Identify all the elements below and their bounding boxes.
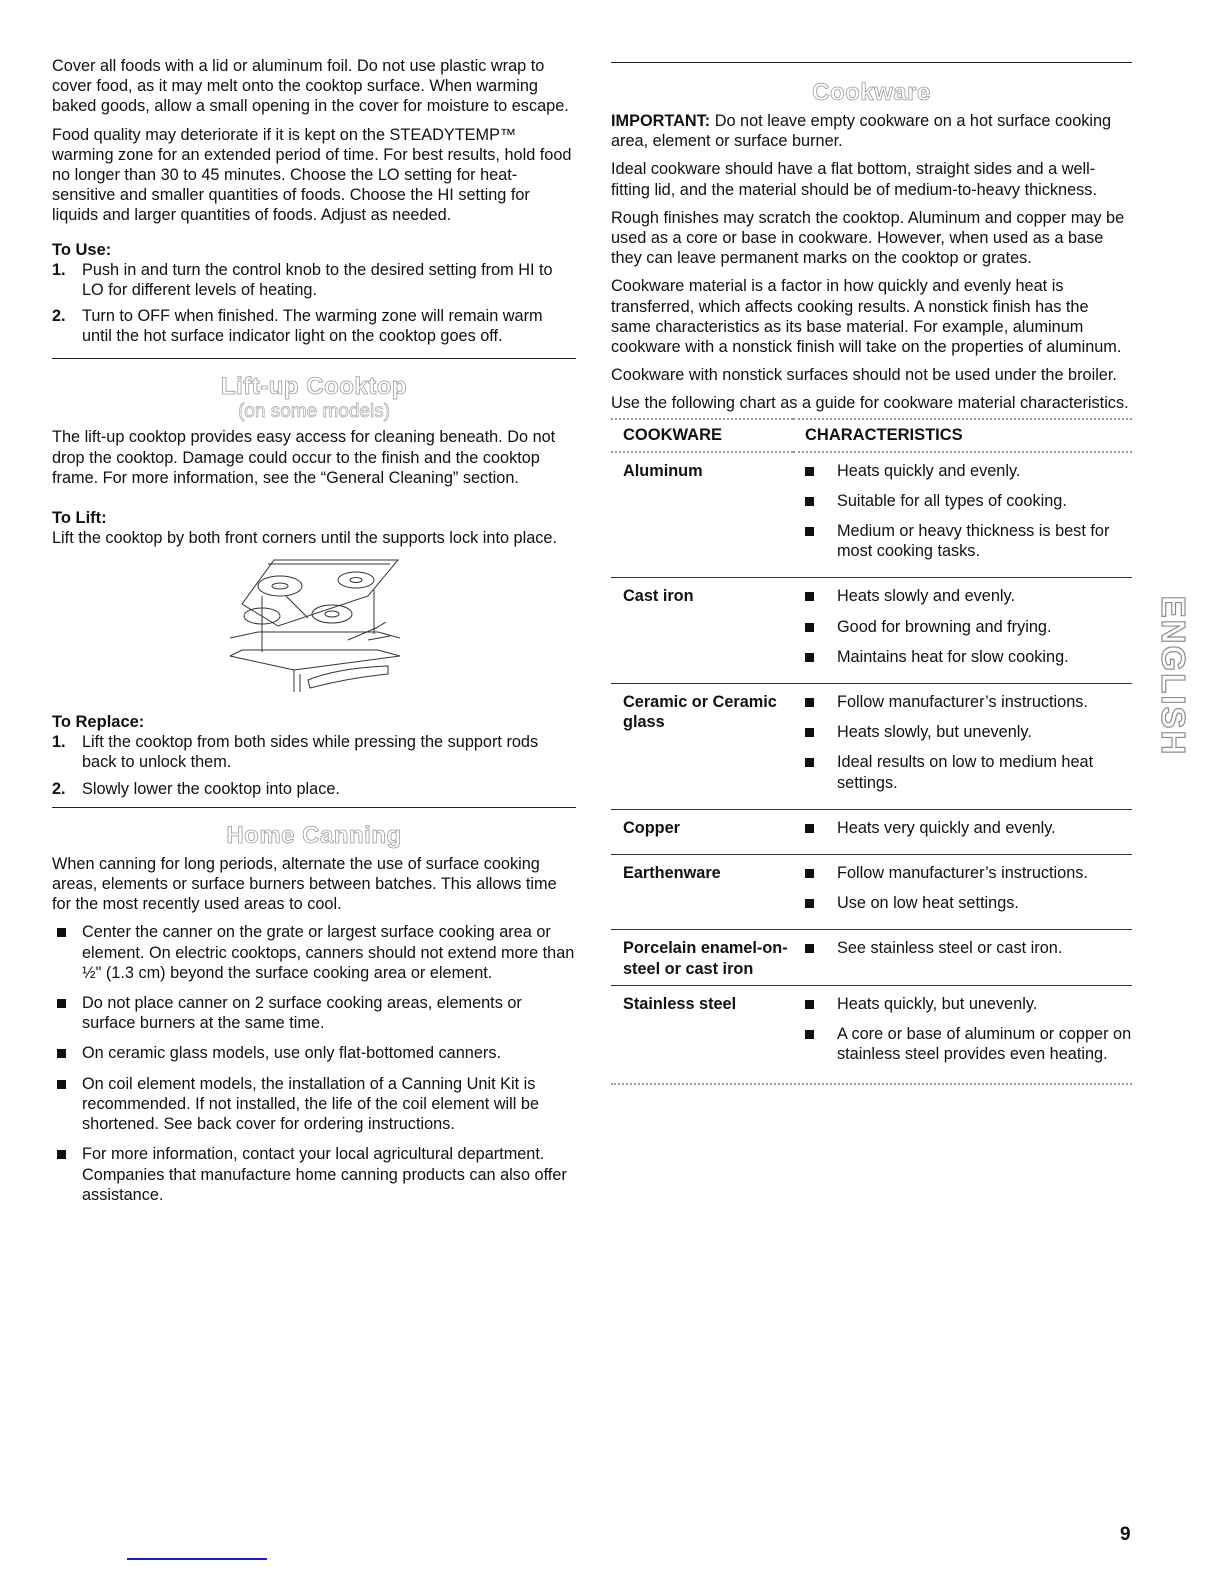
bullet-text: On ceramic glass models, use only flat-b…: [82, 1044, 501, 1062]
footer-accent-line: [127, 1558, 267, 1560]
characteristic-text: Heats very quickly and evenly.: [837, 819, 1056, 837]
square-bullet-icon: [805, 653, 814, 662]
bullet-text: Do not place canner on 2 surface cooking…: [82, 994, 522, 1032]
square-bullet-icon: [805, 824, 814, 833]
cookware-title: Cookware: [611, 79, 1132, 107]
table-row: AluminumHeats quickly and evenly.Suitabl…: [611, 452, 1132, 578]
square-bullet-icon: [805, 758, 814, 767]
square-bullet-icon: [57, 1049, 66, 1058]
list-item: Do not place canner on 2 surface cooking…: [52, 993, 576, 1033]
characteristic-text: Heats slowly and evenly.: [837, 587, 1015, 605]
list-item: A core or base of aluminum or copper on …: [805, 1024, 1132, 1064]
square-bullet-icon: [805, 1000, 814, 1009]
step-number: 2.: [52, 306, 66, 326]
characteristic-text: Medium or heavy thickness is best for mo…: [837, 522, 1109, 560]
cookware-characteristics: Heats very quickly and evenly.: [793, 809, 1132, 854]
cookware-paragraph: Rough finishes may scratch the cooktop. …: [611, 208, 1132, 269]
right-column: Cookware IMPORTANT: Do not leave empty c…: [611, 62, 1132, 1085]
page-number: 9: [1120, 1524, 1131, 1546]
to-replace-heading: To Replace:: [52, 712, 576, 732]
square-bullet-icon: [805, 869, 814, 878]
home-canning-bullets: Center the canner on the grate or larges…: [52, 922, 576, 1204]
list-item: Medium or heavy thickness is best for mo…: [805, 521, 1132, 561]
to-use-steps: 1.Push in and turn the control knob to t…: [52, 260, 576, 347]
list-item: 1.Push in and turn the control knob to t…: [52, 260, 576, 300]
step-text: Slowly lower the cooktop into place.: [82, 780, 340, 798]
square-bullet-icon: [805, 467, 814, 476]
cookware-paragraph: Ideal cookware should have a flat bottom…: [611, 159, 1132, 199]
cookware-material: Ceramic or Ceramic glass: [611, 684, 793, 810]
list-item: 1.Lift the cooktop from both sides while…: [52, 732, 576, 772]
characteristic-text: Heats quickly and evenly.: [837, 462, 1020, 480]
list-item: Center the canner on the grate or larges…: [52, 922, 576, 983]
cookware-material: Copper: [611, 809, 793, 854]
to-lift-text: Lift the cooktop by both front corners u…: [52, 528, 576, 548]
cookware-material: Cast iron: [611, 578, 793, 684]
list-item: Heats very quickly and evenly.: [805, 818, 1132, 838]
square-bullet-icon: [805, 899, 814, 908]
characteristic-text: Suitable for all types of cooking.: [837, 492, 1067, 510]
list-item: Follow manufacturer’s instructions.: [805, 863, 1132, 883]
list-item: Maintains heat for slow cooking.: [805, 647, 1132, 667]
table-header-row: COOKWARE CHARACTERISTICS: [611, 419, 1132, 452]
list-item: Ideal results on low to medium heat sett…: [805, 752, 1132, 792]
to-lift-heading: To Lift:: [52, 508, 576, 528]
square-bullet-icon: [57, 928, 66, 937]
list-item: 2.Turn to OFF when finished. The warming…: [52, 306, 576, 346]
table-row: Cast ironHeats slowly and evenly.Good fo…: [611, 578, 1132, 684]
warming-cover-paragraph: Cover all foods with a lid or aluminum f…: [52, 56, 576, 117]
characteristic-text: Ideal results on low to medium heat sett…: [837, 753, 1093, 791]
table-row: EarthenwareFollow manufacturer’s instruc…: [611, 855, 1132, 930]
language-side-tab: ENGLISH: [1157, 566, 1189, 786]
square-bullet-icon: [57, 1080, 66, 1089]
cookware-characteristics: Heats quickly, but unevenly.A core or ba…: [793, 985, 1132, 1076]
table-row: Stainless steelHeats quickly, but uneven…: [611, 985, 1132, 1076]
cookware-characteristics: Heats quickly and evenly.Suitable for al…: [793, 452, 1132, 578]
characteristic-text: Maintains heat for slow cooking.: [837, 648, 1069, 666]
cookware-characteristics-table: COOKWARE CHARACTERISTICS AluminumHeats q…: [611, 418, 1132, 1077]
to-replace-steps: 1.Lift the cooktop from both sides while…: [52, 732, 576, 799]
list-item: Good for browning and frying.: [805, 617, 1132, 637]
table-row: Porcelain enamel-on-steel or cast ironSe…: [611, 930, 1132, 985]
left-column: Cover all foods with a lid or aluminum f…: [52, 56, 576, 1215]
cookware-characteristics: See stainless steel or cast iron.: [793, 930, 1132, 985]
bullet-text: Center the canner on the grate or larges…: [82, 923, 574, 981]
square-bullet-icon: [805, 592, 814, 601]
lift-up-cooktop-subtitle: (on some models): [52, 401, 576, 423]
square-bullet-icon: [805, 1030, 814, 1039]
characteristic-text: Good for browning and frying.: [837, 618, 1052, 636]
table-bottom-rule: [611, 1083, 1132, 1085]
step-text: Lift the cooktop from both sides while p…: [82, 733, 538, 771]
important-label: IMPORTANT:: [611, 112, 710, 130]
cookware-material: Porcelain enamel-on-steel or cast iron: [611, 930, 793, 985]
list-item: Heats slowly, but unevenly.: [805, 722, 1132, 742]
list-item: Follow manufacturer’s instructions.: [805, 692, 1132, 712]
list-item: Heats slowly and evenly.: [805, 586, 1132, 606]
list-item: See stainless steel or cast iron.: [805, 938, 1132, 958]
food-quality-paragraph: Food quality may deteriorate if it is ke…: [52, 125, 576, 226]
cookware-material: Aluminum: [611, 452, 793, 578]
cookware-material: Stainless steel: [611, 985, 793, 1076]
lift-up-cooktop-title: Lift-up Cooktop: [52, 373, 576, 401]
step-number: 1.: [52, 732, 66, 752]
lifted-cooktop-illustration: [228, 556, 400, 692]
important-note: IMPORTANT: Do not leave empty cookware o…: [611, 111, 1132, 151]
bullet-text: For more information, contact your local…: [82, 1145, 567, 1203]
square-bullet-icon: [805, 944, 814, 953]
square-bullet-icon: [805, 527, 814, 536]
section-divider: [52, 807, 576, 808]
section-divider: [611, 62, 1132, 63]
list-item: Use on low heat settings.: [805, 893, 1132, 913]
square-bullet-icon: [805, 728, 814, 737]
square-bullet-icon: [57, 1150, 66, 1159]
home-canning-title: Home Canning: [52, 822, 576, 850]
table-row: Ceramic or Ceramic glassFollow manufactu…: [611, 684, 1132, 810]
cookware-characteristics: Heats slowly and evenly.Good for brownin…: [793, 578, 1132, 684]
column-header-cookware: COOKWARE: [611, 419, 793, 452]
cookware-paragraph: Cookware material is a factor in how qui…: [611, 276, 1132, 357]
list-item: 2.Slowly lower the cooktop into place.: [52, 779, 576, 799]
cookware-paragraph: Use the following chart as a guide for c…: [611, 393, 1132, 413]
characteristic-text: See stainless steel or cast iron.: [837, 939, 1062, 957]
characteristic-text: Follow manufacturer’s instructions.: [837, 864, 1088, 882]
bullet-text: On coil element models, the installation…: [82, 1075, 539, 1133]
to-use-heading: To Use:: [52, 240, 576, 260]
home-canning-intro: When canning for long periods, alternate…: [52, 854, 576, 915]
cookware-material: Earthenware: [611, 855, 793, 930]
side-tab-label: ENGLISH: [1154, 596, 1192, 757]
square-bullet-icon: [57, 999, 66, 1008]
cookware-characteristics: Follow manufacturer’s instructions.Use o…: [793, 855, 1132, 930]
step-text: Turn to OFF when finished. The warming z…: [82, 307, 543, 345]
characteristic-text: Follow manufacturer’s instructions.: [837, 693, 1088, 711]
list-item: On coil element models, the installation…: [52, 1074, 576, 1135]
table-row: CopperHeats very quickly and evenly.: [611, 809, 1132, 854]
characteristic-text: Use on low heat settings.: [837, 894, 1019, 912]
list-item: For more information, contact your local…: [52, 1144, 576, 1205]
list-item: Heats quickly, but unevenly.: [805, 994, 1132, 1014]
list-item: On ceramic glass models, use only flat-b…: [52, 1043, 576, 1063]
characteristic-text: Heats slowly, but unevenly.: [837, 723, 1032, 741]
square-bullet-icon: [805, 497, 814, 506]
characteristic-text: Heats quickly, but unevenly.: [837, 995, 1037, 1013]
lift-up-intro: The lift-up cooktop provides easy access…: [52, 427, 576, 488]
step-number: 2.: [52, 779, 66, 799]
characteristic-text: A core or base of aluminum or copper on …: [837, 1025, 1131, 1063]
section-divider: [52, 358, 576, 359]
step-number: 1.: [52, 260, 66, 280]
column-header-characteristics: CHARACTERISTICS: [793, 419, 1132, 452]
cookware-characteristics: Follow manufacturer’s instructions.Heats…: [793, 684, 1132, 810]
list-item: Heats quickly and evenly.: [805, 461, 1132, 481]
square-bullet-icon: [805, 623, 814, 632]
step-text: Push in and turn the control knob to the…: [82, 261, 553, 299]
list-item: Suitable for all types of cooking.: [805, 491, 1132, 511]
cookware-paragraph: Cookware with nonstick surfaces should n…: [611, 365, 1132, 385]
square-bullet-icon: [805, 698, 814, 707]
